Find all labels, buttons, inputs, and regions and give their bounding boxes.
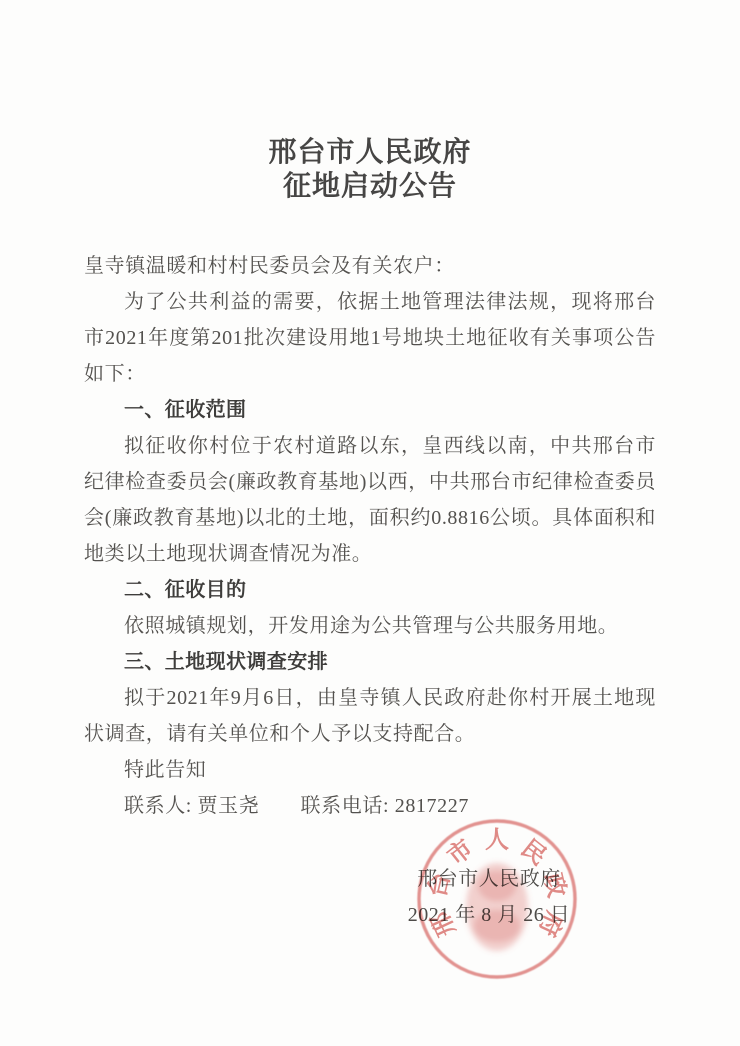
paragraph: 拟征收你村位于农村道路以东，皇西线以南，中共邢台市纪律检查委员会(廉政教育基地)… bbox=[84, 428, 656, 572]
signature-issuer: 邢台市人民政府 bbox=[377, 861, 601, 897]
section-heading: 二、征收目的 bbox=[84, 572, 656, 608]
section-heading: 三、土地现状调查安排 bbox=[84, 644, 656, 680]
paragraph: 皇寺镇温暖和村村民委员会及有关农户： bbox=[84, 248, 656, 284]
paragraph: 为了公共利益的需要，依据土地管理法律法规，现将邢台市2021年度第201批次建设… bbox=[84, 284, 656, 392]
paragraph: 特此告知 bbox=[84, 752, 656, 788]
paragraph: 依照城镇规划，开发用途为公共管理与公共服务用地。 bbox=[84, 608, 656, 644]
signature-date: 2021 年 8 月 26 日 bbox=[377, 897, 601, 933]
paragraph: 联系人: 贾玉尧 联系电话: 2817227 bbox=[84, 788, 656, 824]
document-page: 邢台市人民政府 征地启动公告 皇寺镇温暖和村村民委员会及有关农户：为了公共利益的… bbox=[0, 0, 740, 1046]
document-body: 皇寺镇温暖和村村民委员会及有关农户：为了公共利益的需要，依据土地管理法律法规，现… bbox=[84, 248, 656, 824]
document-title: 邢台市人民政府 征地启动公告 bbox=[0, 136, 740, 204]
signature-block: 邢台市人民政府 2021 年 8 月 26 日 bbox=[377, 861, 601, 933]
title-line-1: 邢台市人民政府 bbox=[0, 136, 740, 170]
title-line-2: 征地启动公告 bbox=[0, 170, 740, 204]
section-heading: 一、征收范围 bbox=[84, 392, 656, 428]
paragraph: 拟于2021年9月6日，由皇寺镇人民政府赴你村开展土地现状调查，请有关单位和个人… bbox=[84, 680, 656, 752]
svg-text:人: 人 bbox=[485, 827, 509, 854]
